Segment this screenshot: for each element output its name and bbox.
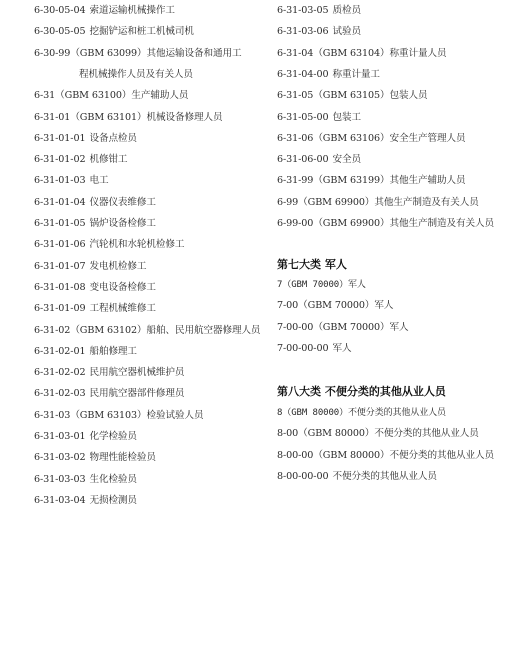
- occupation-title: （GBM 70000）军人: [282, 280, 365, 290]
- occupation-code: 8-00-00: [277, 450, 313, 461]
- occupation-title: 民用航空器部件修理员: [89, 388, 184, 399]
- occupation-code: 6-99-00: [277, 218, 313, 229]
- occupation-title: 发电机检修工: [89, 261, 146, 272]
- occupation-code: 6-31-99: [277, 175, 313, 186]
- occupation-entry: 6-31-01-06汽轮机和水轮机检修工: [34, 238, 184, 252]
- occupation-code: 6-31-06-00: [277, 154, 328, 165]
- occupation-code: 6-31-03-02: [34, 452, 85, 463]
- occupation-code: 6-31-01: [34, 112, 70, 123]
- occupation-title: （GBM 63106）安全生产管理人员: [313, 133, 465, 144]
- occupation-title: （GBM 69900）其他生产制造及有关人员: [298, 197, 479, 208]
- occupation-title: （GBM 63199）其他生产辅助人员: [313, 175, 465, 186]
- occupation-entry: 6-31（GBM 63100）生产辅助人员: [34, 89, 188, 103]
- occupation-entry: 6-31-01-07发电机检修工: [34, 260, 146, 274]
- occupation-entry: 6-31-02（GBM 63102）船舶、民用航空器修理人员: [34, 324, 260, 338]
- occupation-title: （GBM 70000）军人: [313, 322, 408, 333]
- occupation-entry: 6-31-06（GBM 63106）安全生产管理人员: [277, 132, 465, 146]
- occupation-title: 电工: [89, 175, 108, 186]
- occupation-entry: 6-31-01-04仪器仪表维修工: [34, 196, 156, 210]
- occupation-entry: 7-00-00（GBM 70000）军人: [277, 321, 409, 335]
- occupation-code: 6-31-05: [277, 90, 313, 101]
- occupation-entry: 7（GBM 70000）军人: [277, 278, 366, 292]
- occupation-code: 6-31-06: [277, 133, 313, 144]
- occupation-title: 民用航空器机械维护员: [89, 367, 184, 378]
- occupation-title: 程机械操作人员及有关人员: [79, 69, 193, 80]
- occupation-code: 6-31-04-00: [277, 69, 328, 80]
- occupation-code: 6-31-02-03: [34, 388, 85, 399]
- occupation-title: 物理性能检验员: [89, 452, 155, 463]
- occupation-title: （GBM 63101）机械设备修理人员: [70, 112, 222, 123]
- occupation-code: 7-00: [277, 300, 298, 311]
- occupation-code: 6-31-01-08: [34, 282, 85, 293]
- occupation-entry: 6-31-04（GBM 63104）称重计量人员: [277, 47, 446, 61]
- occupation-code: 7-00-00: [277, 322, 313, 333]
- occupation-entry: 6-31-04-00称重计量工: [277, 68, 380, 82]
- occupation-code: 6-31-01-07: [34, 261, 85, 272]
- occupation-title: 仪器仪表维修工: [89, 197, 155, 208]
- occupation-code: 6-31-03: [34, 410, 70, 421]
- occupation-entry: 6-31-01-08变电设备检修工: [34, 281, 156, 295]
- occupation-code: 6-30-05-05: [34, 26, 85, 37]
- occupation-entry: 6-31-02-01船舶修理工: [34, 345, 137, 359]
- occupation-title: 工程机械维修工: [89, 303, 155, 314]
- occupation-entry: 6-31-03-01化学检验员: [34, 430, 137, 444]
- occupation-title: 机修钳工: [89, 154, 127, 165]
- occupation-title: （GBM 63099）其他运输设备和通用工: [70, 48, 241, 59]
- occupation-code: 6-31-03-06: [277, 26, 328, 37]
- occupation-title: 无损检测员: [89, 495, 136, 506]
- occupation-entry: 6-31-03-03生化检验员: [34, 473, 137, 487]
- occupation-title: 称重计量工: [332, 69, 379, 80]
- occupation-entry: 6-31-01-05锅炉设备检修工: [34, 217, 156, 231]
- occupation-title: （GBM 80000）不便分类的其他从业人员: [298, 428, 479, 439]
- occupation-entry: 6-31-03-05质检员: [277, 4, 361, 18]
- occupation-entry: 8-00-00（GBM 80000）不便分类的其他从业人员: [277, 449, 494, 463]
- occupation-code: 6-30-99: [34, 48, 70, 59]
- occupation-entry: 7-00-00-00军人: [277, 342, 351, 356]
- occupation-title: 包装工: [332, 112, 360, 123]
- occupation-title: 不便分类的其他从业人员: [332, 471, 436, 482]
- occupation-code: 6-30-05-04: [34, 5, 85, 16]
- occupation-code: 6-31-02: [34, 325, 70, 336]
- occupation-title: 变电设备检修工: [89, 282, 155, 293]
- occupation-title: 质检员: [332, 5, 360, 16]
- occupation-title: （GBM 63104）称重计量人员: [313, 48, 446, 59]
- occupation-title: （GBM 80000）不便分类的其他从业人员: [313, 450, 494, 461]
- occupation-entry: 6-31-99（GBM 63199）其他生产辅助人员: [277, 174, 465, 188]
- occupation-title: （GBM 69900）其他生产制造及有关人员: [313, 218, 494, 229]
- occupation-code: 6-31-01-05: [34, 218, 85, 229]
- occupation-code: 6-99: [277, 197, 298, 208]
- occupation-code: 6-31-01-03: [34, 175, 85, 186]
- occupation-code: 6-31-04: [277, 48, 313, 59]
- occupation-code: 6-31-01-04: [34, 197, 85, 208]
- occupation-title: 生化检验员: [89, 474, 136, 485]
- occupation-code: 6-31-05-00: [277, 112, 328, 123]
- occupation-entry: 6-31-02-02民用航空器机械维护员: [34, 366, 184, 380]
- occupation-code: 6-31: [34, 90, 55, 101]
- occupation-entry: 6-30-99（GBM 63099）其他运输设备和通用工: [34, 47, 241, 61]
- occupation-entry: 6-31-02-03民用航空器部件修理员: [34, 387, 184, 401]
- occupation-entry: 6-30-05-04索道运输机械操作工: [34, 4, 175, 18]
- occupation-entry: 6-31-05-00包装工: [277, 111, 361, 125]
- occupation-title: （GBM 63103）检验试验人员: [70, 410, 203, 421]
- occupation-code: 6-31-01-06: [34, 239, 85, 250]
- occupation-entry: 6-99-00（GBM 69900）其他生产制造及有关人员: [277, 217, 494, 231]
- occupation-title: 军人: [332, 343, 351, 354]
- occupation-title: 安全员: [332, 154, 360, 165]
- occupation-code: 6-31-03-05: [277, 5, 328, 16]
- occupation-entry: 6-31-01-02机修钳工: [34, 153, 127, 167]
- occupation-entry: 6-31-01-03电工: [34, 174, 108, 188]
- occupation-entry: 6-99（GBM 69900）其他生产制造及有关人员: [277, 196, 479, 210]
- occupation-code: 6-31-01-09: [34, 303, 85, 314]
- occupation-title: 设备点检员: [89, 133, 136, 144]
- occupation-entry: 6-31-06-00安全员: [277, 153, 361, 167]
- occupation-title: 挖掘铲运和桩工机械司机: [89, 26, 193, 37]
- occupation-entry: 6-31-01-01设备点检员: [34, 132, 137, 146]
- occupation-code: 6-31-01-01: [34, 133, 85, 144]
- occupation-code: 6-31-03-04: [34, 495, 85, 506]
- occupation-title: 锅炉设备检修工: [89, 218, 155, 229]
- occupation-title: （GBM 63102）船舶、民用航空器修理人员: [70, 325, 260, 336]
- occupation-entry: 6-31-03-04无损检测员: [34, 494, 137, 508]
- occupation-title: （GBM 63105）包装人员: [313, 90, 427, 101]
- occupation-code: 6-31-01-02: [34, 154, 85, 165]
- occupation-title: 汽轮机和水轮机检修工: [89, 239, 184, 250]
- occupation-title: 索道运输机械操作工: [89, 5, 174, 16]
- occupation-code: 6-31-03-01: [34, 431, 85, 442]
- occupation-entry: 7-00（GBM 70000）军人: [277, 299, 393, 313]
- occupation-entry: 6-31-03（GBM 63103）检验试验人员: [34, 409, 203, 423]
- occupation-title: 船舶修理工: [89, 346, 136, 357]
- occupation-entry: 8（GBM 80000）不便分类的其他从业人员: [277, 406, 446, 420]
- occupation-code: 7-00-00-00: [277, 343, 328, 354]
- occupation-entry: 6-31-01-09工程机械维修工: [34, 302, 156, 316]
- occupation-entry: 6-31-03-06试验员: [277, 25, 361, 39]
- occupation-title: （GBM 80000）不便分类的其他从业人员: [282, 408, 446, 418]
- occupation-code: 6-31-02-02: [34, 367, 85, 378]
- occupation-code: 8-00-00-00: [277, 471, 328, 482]
- occupation-entry: 6-31-05（GBM 63105）包装人员: [277, 89, 427, 103]
- occupation-entry: 8-00（GBM 80000）不便分类的其他从业人员: [277, 427, 479, 441]
- occupation-code: 6-31-02-01: [34, 346, 85, 357]
- occupation-entry: 6-31-01（GBM 63101）机械设备修理人员: [34, 111, 222, 125]
- occupation-code: 8-00: [277, 428, 298, 439]
- occupation-title: （GBM 70000）军人: [298, 300, 393, 311]
- occupation-entry: 程机械操作人员及有关人员: [79, 68, 193, 82]
- occupation-entry: 8-00-00-00不便分类的其他从业人员: [277, 470, 437, 484]
- occupation-code: 6-31-03-03: [34, 474, 85, 485]
- section-8-heading: 第八大类 不便分类的其他从业人员: [277, 384, 446, 400]
- occupation-entry: 6-31-03-02物理性能检验员: [34, 451, 156, 465]
- occupation-entry: 6-30-05-05挖掘铲运和桩工机械司机: [34, 25, 194, 39]
- occupation-title: 化学检验员: [89, 431, 136, 442]
- section-7-heading: 第七大类 军人: [277, 257, 347, 273]
- occupation-title: 试验员: [332, 26, 360, 37]
- occupation-title: （GBM 63100）生产辅助人员: [55, 90, 188, 101]
